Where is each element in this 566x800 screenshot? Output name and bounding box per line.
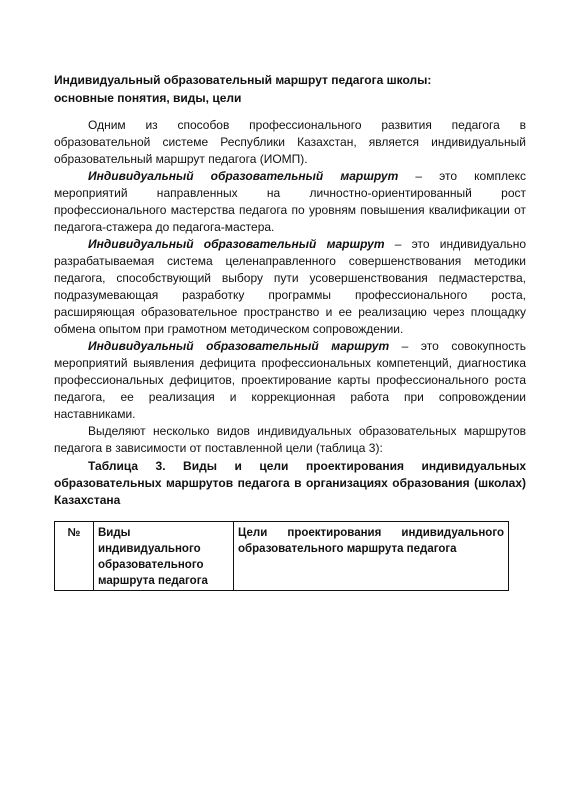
paragraph-definition-1: Индивидуальный образовательный маршрут –… — [54, 168, 526, 236]
header-number: № — [55, 522, 94, 591]
document-body: Одним из способов профессионального разв… — [54, 117, 526, 457]
header-goals: Цели проектирования индивидуального обра… — [234, 522, 509, 591]
types-goals-table: № Виды индивидуального образовательного … — [54, 521, 509, 591]
header-types-text: Виды индивидуального образовательного ма… — [98, 527, 208, 587]
paragraph-text: Одним из способов профессионального разв… — [54, 118, 526, 166]
table-caption: Таблица 3. Виды и цели проектирования ин… — [54, 458, 526, 509]
paragraph-intro: Одним из способов профессионального разв… — [54, 117, 526, 168]
table-header-row: № Виды индивидуального образовательного … — [55, 522, 509, 591]
paragraph-definition-2: Индивидуальный образовательный маршрут –… — [54, 236, 526, 338]
document-page: Индивидуальный образовательный маршрут п… — [0, 0, 566, 800]
paragraph-types: Выделяют несколько видов индивидуальных … — [54, 423, 526, 457]
paragraph-term: Индивидуальный образовательный маршрут — [88, 169, 398, 183]
paragraph-term: Индивидуальный образовательный маршрут — [88, 339, 389, 353]
paragraph-term: Индивидуальный образовательный маршрут — [88, 237, 385, 251]
document-title: Индивидуальный образовательный маршрут п… — [54, 71, 494, 107]
header-types: Виды индивидуального образовательного ма… — [94, 522, 234, 591]
paragraph-text: Выделяют несколько видов индивидуальных … — [54, 424, 526, 455]
paragraph-text: – это индивидуально разрабатываемая сист… — [54, 237, 526, 336]
paragraph-definition-3: Индивидуальный образовательный маршрут –… — [54, 338, 526, 423]
